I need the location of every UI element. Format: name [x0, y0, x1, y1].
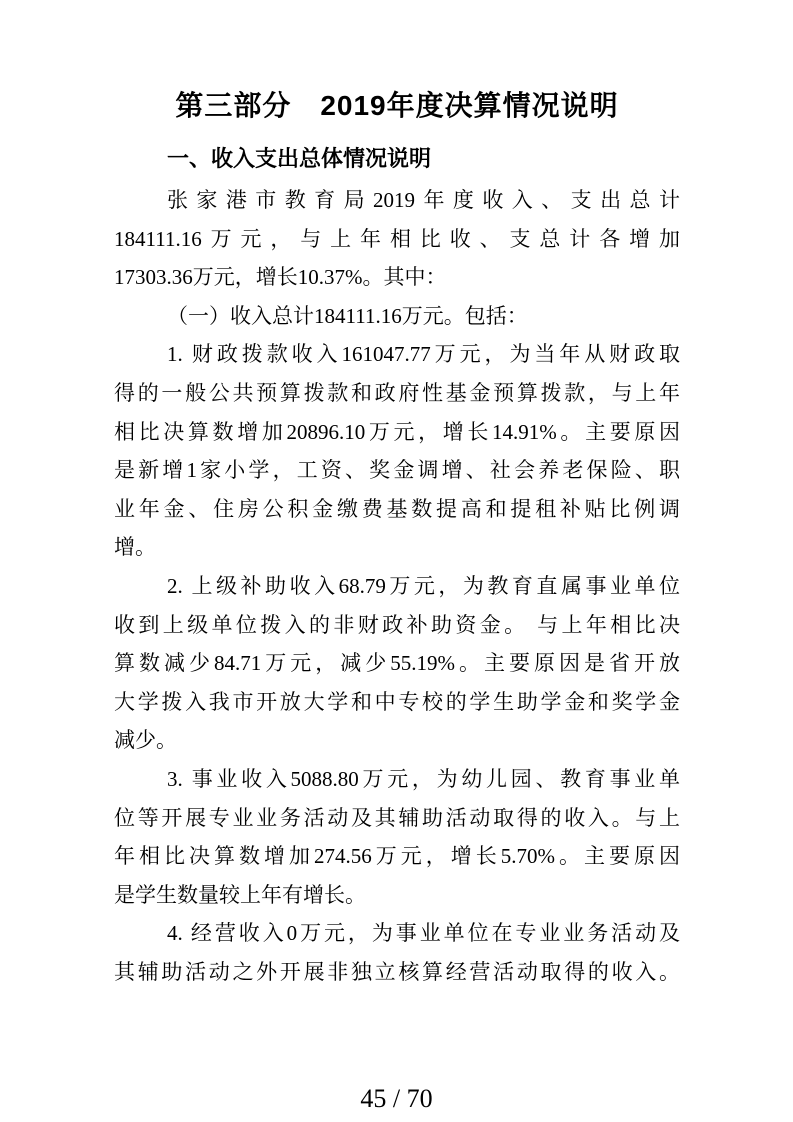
page-number: 45 / 70	[0, 1084, 793, 1114]
body-line: 相比决算数增加20896.10万元，增长14.91%。主要原因	[114, 413, 680, 452]
body-line: 是新增1家小学，工资、奖金调增、社会养老保险、职	[114, 451, 680, 490]
document-page: 第三部分 2019年度决算情况说明 一、收入支出总体情况说明 张家港市教育局20…	[0, 0, 793, 1122]
body-line: 业年金、住房公积金缴费基数提高和提租补贴比例调	[114, 490, 680, 529]
page-content: 第三部分 2019年度决算情况说明 一、收入支出总体情况说明 张家港市教育局20…	[114, 86, 680, 991]
body-line: 收到上级单位拨入的非财政补助资金。 与上年相比决	[114, 606, 680, 645]
body-line: 位等开展专业业务活动及其辅助活动取得的收入。与上	[114, 799, 680, 838]
body-text: 张家港市教育局2019年度收入、支出总计184111.16万元，与上年相比收、支…	[114, 181, 680, 991]
body-line: 3. 事业收入5088.80万元，为幼儿园、教育事业单	[114, 760, 680, 799]
body-line: 2. 上级补助收入68.79万元，为教育直属事业单位	[114, 567, 680, 606]
body-line: 是学生数量较上年有增长。	[114, 876, 680, 915]
body-line: 算数减少84.71万元，减少55.19%。主要原因是省开放	[114, 644, 680, 683]
section-heading: 一、收入支出总体情况说明	[114, 144, 680, 174]
body-line: 增。	[114, 528, 680, 567]
body-line: 17303.36万元，增长10.37%。其中：	[114, 258, 680, 297]
body-line: 4. 经营收入0万元，为事业单位在专业业务活动及	[114, 914, 680, 953]
body-line: 减少。	[114, 721, 680, 760]
body-line: （一）收入总计184111.16万元。包括：	[114, 297, 680, 336]
body-line: 1. 财政拨款收入161047.77万元，为当年从财政取	[114, 335, 680, 374]
body-line: 184111.16万元，与上年相比收、支总计各增加	[114, 220, 680, 259]
body-line: 张家港市教育局2019年度收入、支出总计	[114, 181, 680, 220]
body-line: 其辅助活动之外开展非独立核算经营活动取得的收入。	[114, 953, 680, 992]
document-title: 第三部分 2019年度决算情况说明	[114, 86, 680, 126]
body-line: 年相比决算数增加274.56万元，增长5.70%。主要原因	[114, 837, 680, 876]
body-line: 大学拨入我市开放大学和中专校的学生助学金和奖学金	[114, 683, 680, 722]
body-line: 得的一般公共预算拨款和政府性基金预算拨款，与上年	[114, 374, 680, 413]
